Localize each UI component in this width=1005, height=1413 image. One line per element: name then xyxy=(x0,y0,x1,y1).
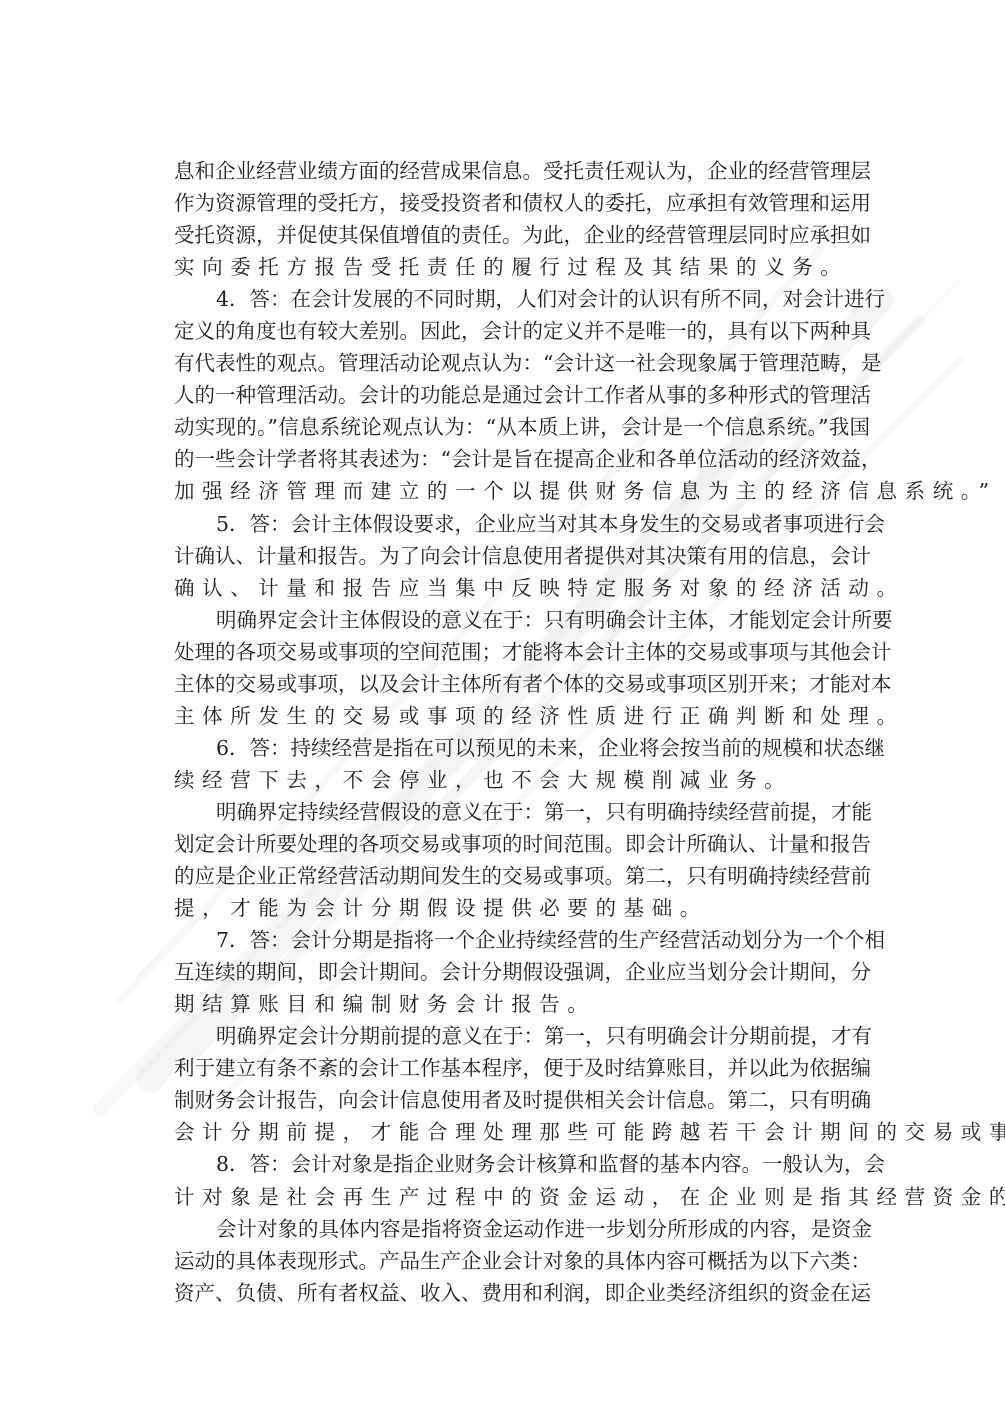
paragraph-p-answer-6-significance: 明确界定持续经营假设的意义在于：第一，只有明确持续经营前提，才能划定会计所要处理… xyxy=(174,796,870,924)
paragraph-p-cont-3: 息和企业经营业绩方面的经营成果信息。受托责任观认为，企业的经营管理层作为资源管理… xyxy=(174,155,870,283)
text-line: 定义的角度也有较大差别。因此，会计的定义并不是唯一的，具有以下两种具 xyxy=(174,315,870,347)
text-line: 划定会计所要处理的各项交易或事项的时间范围。即会计所确认、计量和报告 xyxy=(174,828,870,860)
paragraph-p-answer-8: 8．答：会计对象是指企业财务会计核算和监督的基本内容。一般认为，会计对象是社会再… xyxy=(174,1148,870,1212)
text-line: 主体的交易或事项，以及会计主体所有者个体的交易或事项区别开来；才能对本 xyxy=(174,668,870,700)
text-line: 6．答：持续经营是指在可以预见的未来，企业将会按当前的规模和状态继 xyxy=(174,732,870,764)
text-line: 提，才能为会计分期假设提供必要的基础。 xyxy=(174,892,870,924)
text-line: 会计对象的具体内容是指将资金运动作进一步划分所形成的内容，是资金 xyxy=(174,1213,870,1245)
text-line: 续经营下去，不会停业，也不会大规模削减业务。 xyxy=(174,764,870,796)
text-line: 明确界定会计分期前提的意义在于：第一，只有明确会计分期前提，才有 xyxy=(174,1020,870,1052)
text-line: 的应是企业正常经营活动期间发生的交易或事项。第二，只有明确持续经营前 xyxy=(174,860,870,892)
text-line: 确认、计量和报告应当集中反映特定服务对象的经济活动。 xyxy=(174,572,870,604)
text-line: 7．答：会计分期是指将一个企业持续经营的生产经营活动划分为一个个相 xyxy=(174,924,870,956)
text-line: 计对象是社会再生产过程中的资金运动，在企业则是指其经营资金的运动。 xyxy=(174,1181,870,1213)
text-line: 处理的各项交易或事项的空间范围；才能将本会计主体的交易或事项与其他会计 xyxy=(174,636,870,668)
text-line: 息和企业经营业绩方面的经营成果信息。受托责任观认为，企业的经营管理层 xyxy=(174,155,870,187)
text-line: 作为资源管理的受托方，接受投资者和债权人的委托，应承担有效管理和运用 xyxy=(174,187,870,219)
text-line: 计确认、计量和报告。为了向会计信息使用者提供对其决策有用的信息，会计 xyxy=(174,540,870,572)
text-line: 互连续的期间，即会计期间。会计分期假设强调，企业应当划分会计期间，分 xyxy=(174,956,870,988)
text-line: 人的一种管理活动。会计的功能总是通过会计工作者从事的多种形式的管理活 xyxy=(174,379,870,411)
text-line: 资产、负债、所有者权益、收入、费用和利润，即企业类经济组织的资金在运 xyxy=(174,1277,870,1309)
text-line: 运动的具体表现形式。产品生产企业会计对象的具体内容可概括为以下六类： xyxy=(174,1245,870,1277)
paragraph-p-answer-4: 4．答：在会计发展的不同时期，人们对会计的认识有所不同，对会计进行定义的角度也有… xyxy=(174,283,870,507)
text-line: 8．答：会计对象是指企业财务会计核算和监督的基本内容。一般认为，会 xyxy=(174,1148,870,1180)
text-line: 主体所发生的交易或事项的经济性质进行正确判断和处理。 xyxy=(174,700,870,732)
text-line: 5．答：会计主体假设要求，企业应当对其本身发生的交易或者事项进行会 xyxy=(174,508,870,540)
paragraph-p-answer-5-significance: 明确界定会计主体假设的意义在于：只有明确会计主体，才能划定会计所要处理的各项交易… xyxy=(174,604,870,732)
text-line: 动实现的。”信息系统论观点认为：“从本质上讲，会计是一个信息系统。”我国 xyxy=(174,411,870,443)
text-line: 明确界定持续经营假设的意义在于：第一，只有明确持续经营前提，才能 xyxy=(174,796,870,828)
paragraph-p-answer-6: 6．答：持续经营是指在可以预见的未来，企业将会按当前的规模和状态继续经营下去，不… xyxy=(174,732,870,796)
paragraph-p-answer-8-content: 会计对象的具体内容是指将资金运动作进一步划分所形成的内容，是资金运动的具体表现形… xyxy=(174,1213,870,1309)
text-line: 有代表性的观点。管理活动论观点认为：“会计这一社会现象属于管理范畴，是 xyxy=(174,347,870,379)
paragraph-p-answer-7-significance: 明确界定会计分期前提的意义在于：第一，只有明确会计分期前提，才有利于建立有条不紊… xyxy=(174,1020,870,1148)
text-line: 会计分期前提，才能合理处理那些可能跨越若干会计期间的交易或事项。 xyxy=(174,1116,870,1148)
text-line: 制财务会计报告，向会计信息使用者及时提供相关会计信息。第二，只有明确 xyxy=(174,1084,870,1116)
text-line: 4．答：在会计发展的不同时期，人们对会计的认识有所不同，对会计进行 xyxy=(174,283,870,315)
paragraph-p-answer-5: 5．答：会计主体假设要求，企业应当对其本身发生的交易或者事项进行会计确认、计量和… xyxy=(174,508,870,604)
document-page: 息和企业经营业绩方面的经营成果信息。受托责任观认为，企业的经营管理层作为资源管理… xyxy=(0,0,1005,1413)
text-line: 期结算账目和编制财务会计报告。 xyxy=(174,988,870,1020)
text-line: 受托资源，并促使其保值增值的责任。为此，企业的经营管理层同时应承担如 xyxy=(174,219,870,251)
text-line: 利于建立有条不紊的会计工作基本程序，便于及时结算账目，并以此为依据编 xyxy=(174,1052,870,1084)
paragraph-p-answer-7: 7．答：会计分期是指将一个企业持续经营的生产经营活动划分为一个个相互连续的期间，… xyxy=(174,924,870,1020)
document-body: 息和企业经营业绩方面的经营成果信息。受托责任观认为，企业的经营管理层作为资源管理… xyxy=(174,155,870,1309)
text-line: 明确界定会计主体假设的意义在于：只有明确会计主体，才能划定会计所要 xyxy=(174,604,870,636)
text-line: 的一些会计学者将其表述为：“会计是旨在提高企业和各单位活动的经济效益， xyxy=(174,443,870,475)
text-line: 实向委托方报告受托责任的履行过程及其结果的义务。 xyxy=(174,251,870,283)
text-line: 加强经济管理而建立的一个以提供财务信息为主的经济信息系统。” xyxy=(174,475,870,507)
